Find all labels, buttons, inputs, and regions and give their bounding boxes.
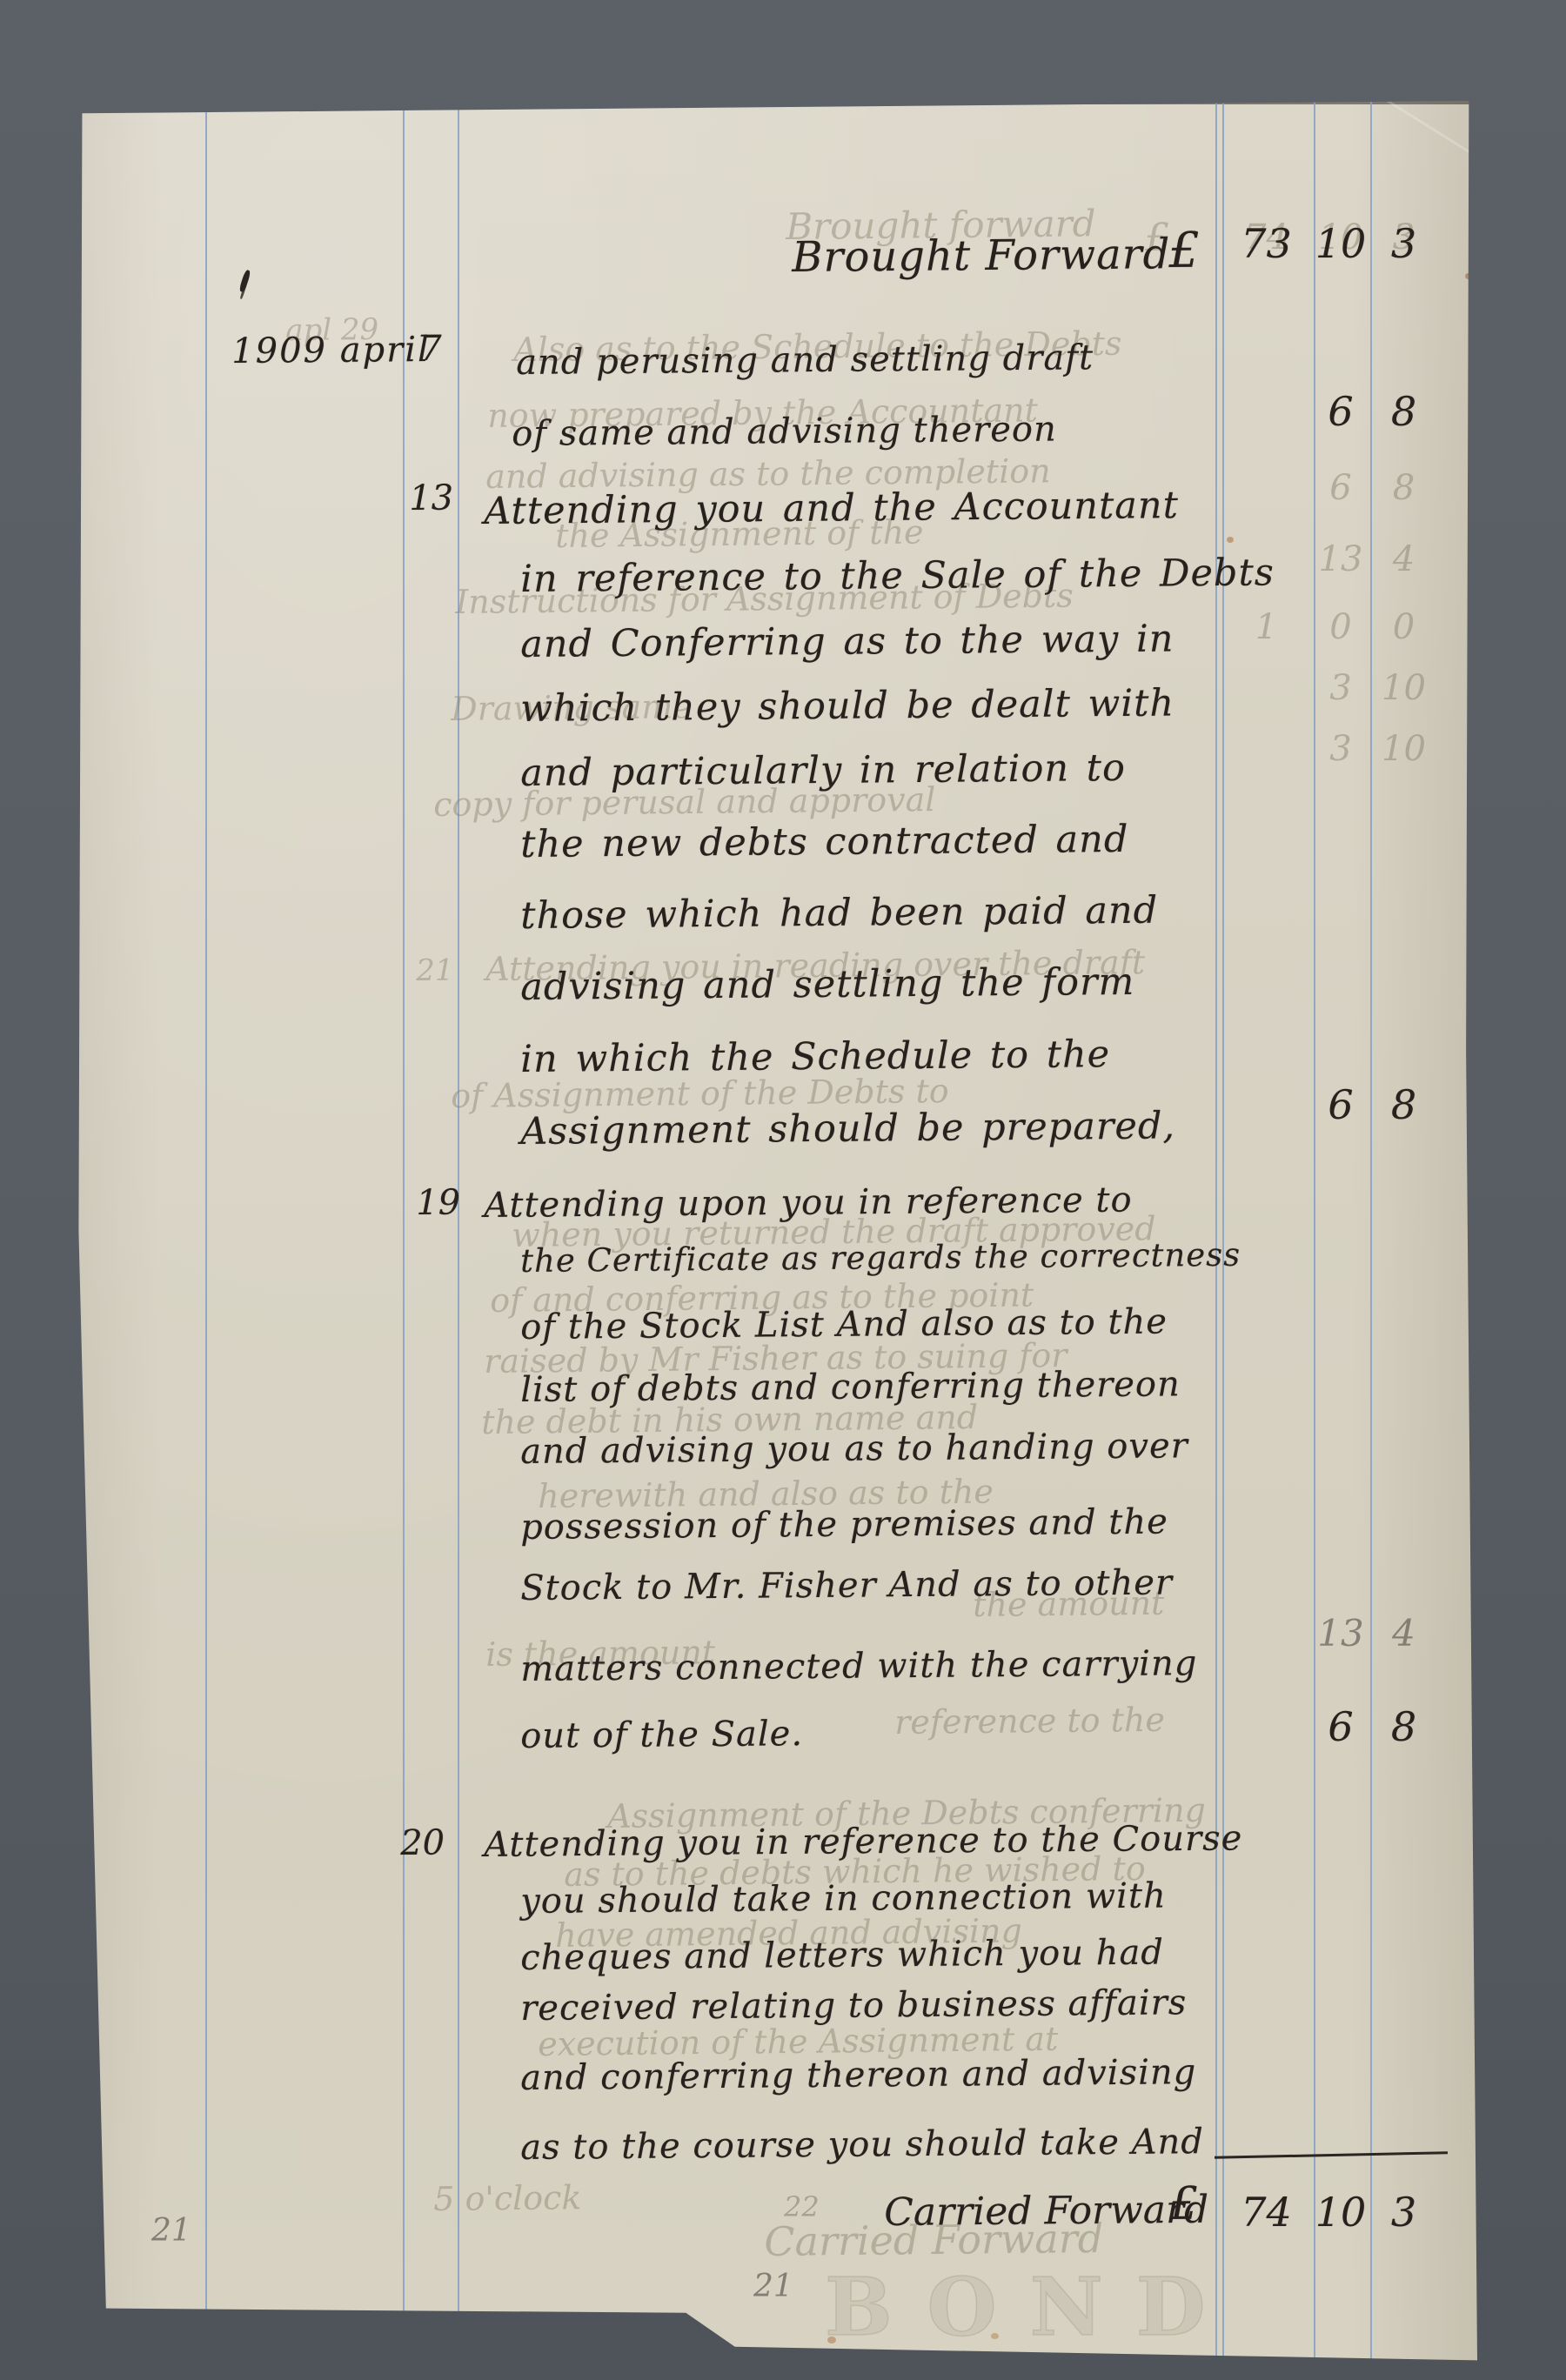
- ghost-amount-row: 6 8: [1221, 468, 1438, 508]
- brought-forward-amount: 73 10 3: [1221, 220, 1438, 267]
- entry-line: and advising you as to handing over: [520, 1426, 1188, 1472]
- entry-amount-faded: 13 4: [1221, 1612, 1438, 1655]
- entry-day: 20: [400, 1823, 445, 1863]
- rule-shillings-column: [1314, 101, 1315, 2363]
- pounds-value: [1221, 1703, 1312, 1750]
- entry-day: 7: [419, 329, 442, 369]
- ghost-shillings: 6: [1312, 468, 1369, 508]
- entry-day: 19: [416, 1183, 460, 1223]
- shillings-value: 10: [1312, 2189, 1369, 2236]
- ghost-pounds: [1221, 668, 1312, 708]
- ghost-pounds: 1: [1221, 607, 1312, 647]
- shillings-value: 6: [1312, 1081, 1369, 1128]
- pencil-ghost-day: 22: [784, 2190, 820, 2223]
- total-rule: [1215, 2151, 1448, 2159]
- pencil-page-number-bottom: 21: [753, 2269, 793, 2304]
- ghost-pence: 4: [1369, 539, 1438, 579]
- entry-line: received relating to business affairs: [520, 1982, 1188, 2029]
- carried-forward-amount: 74 10 3: [1221, 2189, 1438, 2236]
- pence-value: 3: [1369, 2189, 1438, 2236]
- pounds-value: 74: [1221, 2189, 1312, 2236]
- ghost-amount-row: 1 0 0: [1221, 607, 1438, 647]
- entry-line: of same and advising thereon: [512, 410, 1057, 454]
- entry-line: you should take in connection with: [520, 1876, 1167, 1922]
- ghost-line: reference to the: [894, 1701, 1165, 1742]
- pence-value: 8: [1369, 388, 1438, 435]
- entry-date: 1909 april: [231, 330, 431, 371]
- ledger-page: Brought forward £ 74 10 3 Brought Forwar…: [77, 101, 1477, 2363]
- entry-line: Stock to Mr. Fisher And as to other: [520, 1562, 1173, 1608]
- rule-money-double-a: [1215, 101, 1217, 2363]
- entry-line: as to the course you should take And: [520, 2122, 1204, 2168]
- entry-line: Assignment should be prepared,: [520, 1104, 1175, 1153]
- shillings-value: 6: [1312, 1703, 1369, 1750]
- entry-line: of the Stock List And also as to the: [520, 1302, 1168, 1347]
- rule-money-double-b: [1222, 101, 1224, 2363]
- ghost-pence: 0: [1369, 607, 1438, 647]
- rule-left-margin: [205, 101, 207, 2363]
- ghost-pounds: [1221, 729, 1312, 769]
- shillings-value: 13: [1312, 1612, 1369, 1655]
- carried-forward-currency: £: [1169, 2178, 1199, 2230]
- entry-amount: 6 8: [1221, 1081, 1438, 1128]
- ghost-shillings: 13: [1312, 539, 1369, 579]
- ghost-shillings: 3: [1312, 729, 1369, 769]
- ghost-pence: 10: [1369, 668, 1438, 708]
- ghost-shillings: 0: [1312, 607, 1369, 647]
- pounds-value: [1221, 388, 1312, 435]
- entry-line: Attending upon you in reference to: [484, 1180, 1133, 1226]
- entry-line: in reference to the Sale of the Debts: [520, 551, 1275, 601]
- foxing-spot: [1227, 537, 1234, 543]
- entry-line: Attending you and the Accountant: [484, 484, 1179, 533]
- entry-line: Attending you in reference to the Course: [484, 1818, 1243, 1865]
- shillings-value: 6: [1312, 388, 1369, 435]
- ghost-pence: 10: [1369, 729, 1438, 769]
- pounds-value: [1221, 1081, 1312, 1128]
- rule-date-column-right: [458, 101, 459, 2363]
- entry-line: those which had been paid and: [520, 889, 1158, 938]
- entry-line: and conferring thereon and advising: [520, 2052, 1196, 2098]
- pence-value: 8: [1369, 1081, 1438, 1128]
- foxing-spot: [827, 2337, 836, 2343]
- entry-line: list of debts and conferring thereon: [520, 1364, 1181, 1410]
- entry-line: possession of the premises and the: [520, 1502, 1168, 1548]
- ghost-pence: 8: [1369, 468, 1438, 508]
- entry-line: the Certificate as regards the correctne…: [520, 1236, 1241, 1280]
- entry-line: the new debts contracted and: [520, 818, 1129, 866]
- entry-line: matters connected with the carrying: [520, 1643, 1198, 1689]
- ink-blot: [238, 270, 251, 293]
- paper-crease: [1342, 71, 1483, 161]
- pence-value: 8: [1369, 1703, 1438, 1750]
- paper-watermark: BOND: [825, 2260, 1238, 2354]
- scanned-document: Brought forward £ 74 10 3 Brought Forwar…: [0, 0, 1566, 2380]
- brought-forward-currency: £: [1168, 223, 1200, 279]
- rule-date-column-left: [403, 101, 405, 2363]
- ghost-amount-row: 3 10: [1221, 668, 1438, 708]
- ghost-day-number: 21: [416, 953, 454, 988]
- ghost-amount-row: 3 10: [1221, 729, 1438, 769]
- entry-day: 13: [409, 478, 453, 518]
- pence-value: 4: [1369, 1612, 1438, 1655]
- entry-line: cheques and letters which you had: [520, 1933, 1164, 1978]
- carried-forward-label: Carried Forward: [884, 2188, 1208, 2235]
- foxing-spot: [991, 2333, 999, 2339]
- entry-line: in which the Schedule to the: [520, 1033, 1110, 1081]
- entry-line: which they should be dealt with: [520, 681, 1174, 731]
- entry-line: and perusing and settling draft: [516, 338, 1094, 383]
- rule-pence-column: [1370, 101, 1372, 2363]
- ghost-line: 5 o'clock: [433, 2178, 582, 2218]
- entry-line: and particularly in relation to: [520, 746, 1126, 795]
- pencil-page-number-left: 21: [151, 2213, 191, 2249]
- entry-amount: 6 8: [1221, 1703, 1438, 1750]
- pence-value: 3: [1369, 220, 1438, 267]
- entry-line: and Conferring as to the way in: [520, 617, 1174, 666]
- ghost-shillings: 3: [1312, 668, 1369, 708]
- foxing-spot: [1465, 273, 1471, 279]
- shillings-value: 10: [1312, 220, 1369, 267]
- pounds-value: 73: [1221, 220, 1312, 267]
- entry-line: advising and settling the form: [520, 960, 1135, 1009]
- pounds-value: [1221, 1612, 1312, 1655]
- ghost-pounds: [1221, 468, 1312, 508]
- entry-amount: 6 8: [1221, 388, 1438, 435]
- brought-forward-label: Brought Forward: [792, 230, 1171, 282]
- entry-line: out of the Sale.: [520, 1714, 803, 1756]
